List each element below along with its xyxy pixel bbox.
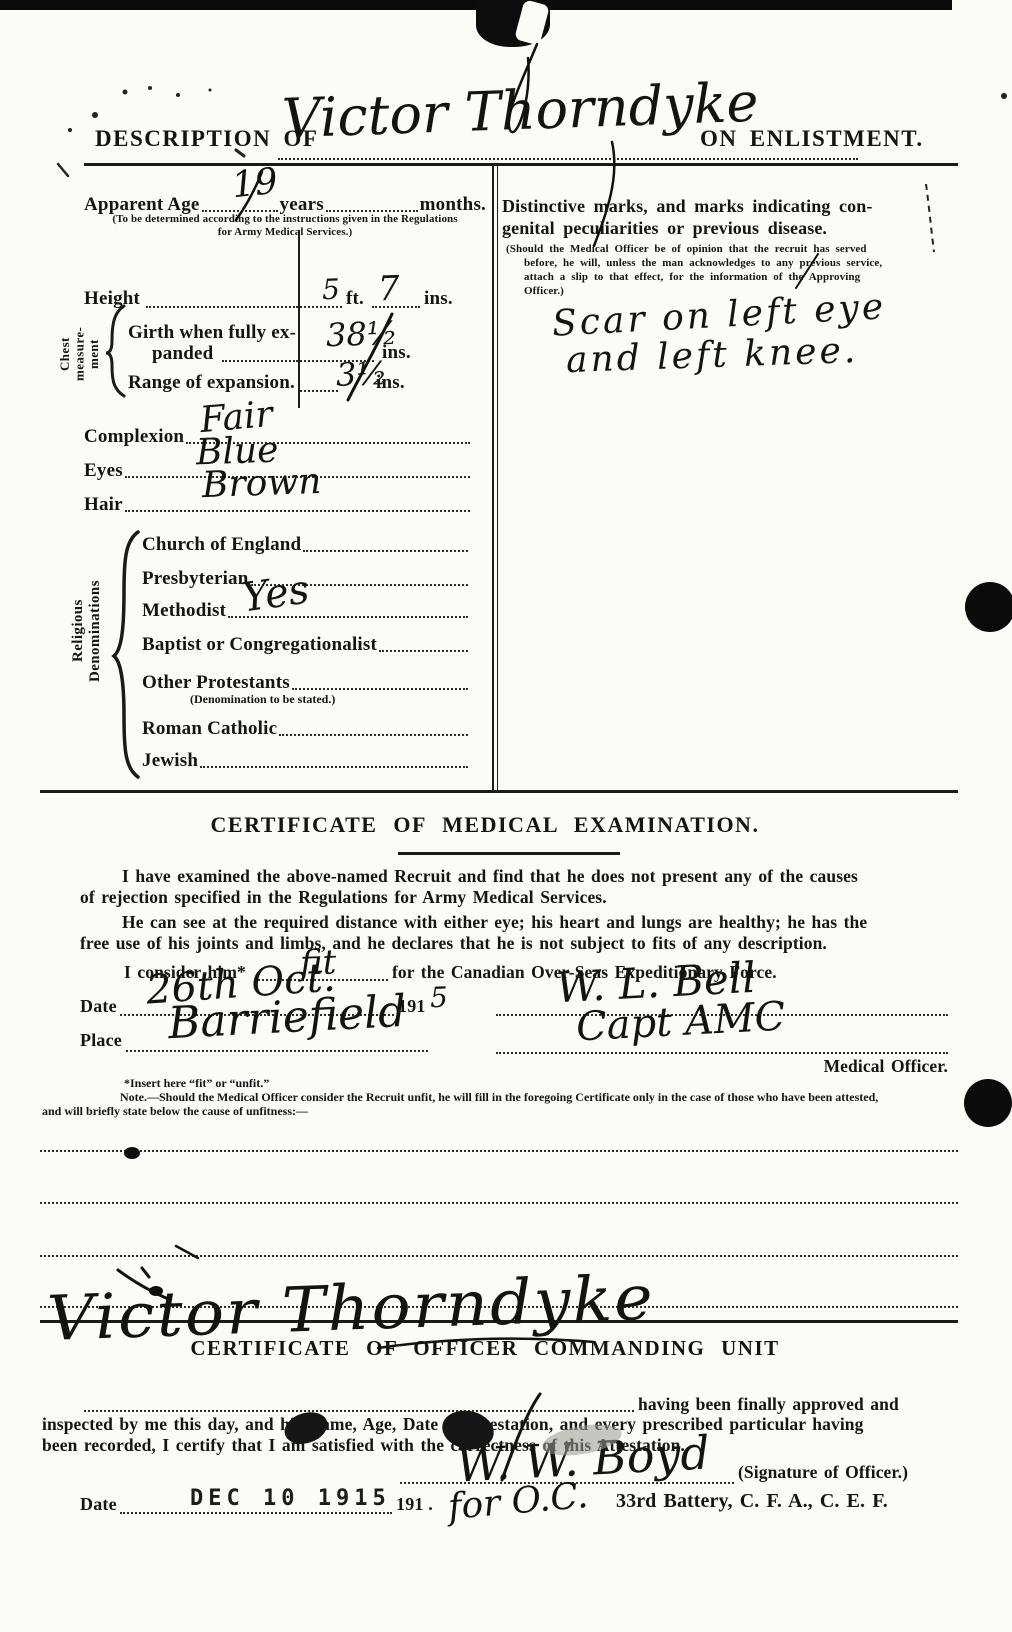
hair-label: Hair bbox=[84, 494, 123, 516]
marks-note-line4: Officer.) bbox=[524, 285, 564, 297]
chest-side-line1: Chest bbox=[57, 337, 72, 371]
height-in-value: 7 bbox=[377, 272, 400, 307]
other-protestants-note: (Denomination to be stated.) bbox=[190, 692, 335, 707]
leader-dots bbox=[120, 1512, 392, 1514]
medical-place-label: Place bbox=[80, 1030, 122, 1051]
commanding-para-line1: having been finally approved and bbox=[638, 1394, 899, 1415]
commanding-year-printed: 191 . bbox=[396, 1494, 433, 1515]
leader-dots bbox=[84, 1410, 634, 1412]
ins-label: ins. bbox=[424, 288, 453, 310]
distinctive-marks-heading-line1: Distinctive marks, and marks indicating … bbox=[502, 196, 872, 217]
religion-side-line2: Denominations bbox=[87, 580, 103, 682]
ft-label: ft. bbox=[346, 288, 364, 310]
commanding-date-label: Date bbox=[80, 1494, 117, 1515]
chest-side-label: Chest measure- ment bbox=[58, 308, 102, 400]
religion-row-jewish: Jewish bbox=[142, 750, 470, 772]
religion-label: Church of England bbox=[142, 534, 301, 556]
girth-label-line1: Girth when fully ex- bbox=[128, 322, 296, 344]
complexion-label: Complexion bbox=[84, 426, 184, 448]
column-divider bbox=[492, 166, 494, 790]
religion-row-other-protestants: Other Protestants bbox=[142, 672, 470, 694]
range-ins-label: ins. bbox=[376, 372, 405, 394]
blank-line-3 bbox=[40, 1255, 958, 1257]
for-oc-handwritten: for O.C. bbox=[447, 1478, 590, 1526]
leader-dots bbox=[303, 549, 468, 552]
religion-side-label: Religious Denominations bbox=[70, 556, 104, 706]
medical-date-label: Date bbox=[80, 996, 117, 1017]
leader-dots bbox=[300, 390, 338, 392]
religion-row-roman-catholic: Roman Catholic bbox=[142, 718, 470, 740]
apparent-age-note-line2: for Army Medical Services.) bbox=[84, 226, 486, 238]
religion-label: Roman Catholic bbox=[142, 718, 277, 740]
leader-dots bbox=[202, 209, 278, 212]
recruit-name-handwritten-title: Victor Thorndyke bbox=[281, 76, 759, 147]
blank-line-2 bbox=[40, 1202, 958, 1204]
fit-footnote: *Insert here “fit” or “unfit.” bbox=[124, 1076, 269, 1091]
medical-heading-underline bbox=[398, 852, 620, 855]
medical-officer-role: Medical Officer. bbox=[756, 1056, 948, 1077]
religion-label: Methodist bbox=[142, 600, 226, 622]
religion-label: Jewish bbox=[142, 750, 198, 772]
medical-place-value: Barriefield bbox=[167, 990, 407, 1046]
marks-entry-line2: and left knee. bbox=[565, 333, 858, 379]
unit-text: 33rd Battery, C. F. A., C. E. F. bbox=[616, 1490, 888, 1513]
leader-dots bbox=[326, 209, 418, 212]
apparent-age-note-line1: (To be determined according to the instr… bbox=[84, 213, 486, 225]
religion-label: Presbyterian bbox=[142, 568, 249, 590]
leader-dots bbox=[279, 733, 468, 736]
range-label: Range of expansion. bbox=[128, 372, 295, 394]
leader-dots bbox=[292, 687, 468, 690]
rule-under-title bbox=[84, 163, 958, 166]
medical-note-line1: Note.—Should the Medical Officer conside… bbox=[120, 1090, 878, 1105]
date-stamp: DEC 10 1915 bbox=[190, 1486, 391, 1511]
commanding-para-line2: inspected by me this day, and his Name, … bbox=[42, 1414, 863, 1435]
height-ft-value: 5 bbox=[322, 276, 341, 305]
leader-dots bbox=[300, 306, 342, 308]
religion-label: Other Protestants bbox=[142, 672, 290, 694]
values-divider bbox=[298, 230, 300, 408]
title-name-line bbox=[278, 158, 858, 160]
signature-of-officer-label: (Signature of Officer.) bbox=[738, 1462, 908, 1483]
distinctive-marks-heading-line2: genital peculiarities or previous diseas… bbox=[502, 218, 827, 239]
medical-para2-line1: He can see at the required distance with… bbox=[122, 912, 867, 933]
leader-dots bbox=[146, 306, 298, 308]
leader-dots bbox=[125, 509, 470, 512]
leader-dots bbox=[200, 765, 468, 768]
marks-note-line3: attach a slip to that effect, for the in… bbox=[524, 271, 860, 283]
leader-dots bbox=[496, 1052, 948, 1054]
religion-row-baptist: Baptist or Congregationalist bbox=[142, 634, 470, 656]
leader-dots bbox=[126, 1050, 428, 1052]
leader-dots bbox=[222, 360, 298, 362]
marks-note-line1: (Should the Medical Officer be of opinio… bbox=[506, 243, 867, 255]
medical-officer-rank: Capt AMC bbox=[575, 997, 786, 1048]
attestation-form-page: DESCRIPTION OF ON ENLISTMENT. Victor Tho… bbox=[0, 0, 1012, 1632]
methodist-value: Yes bbox=[240, 570, 312, 619]
medical-note-line2: and will briefly state below the cause o… bbox=[42, 1104, 308, 1119]
hair-value: Brown bbox=[201, 464, 322, 504]
apparent-age-value: 19 bbox=[230, 164, 279, 205]
medical-para1-line1: I have examined the above-named Recruit … bbox=[122, 866, 858, 887]
rule-medical-top bbox=[40, 790, 958, 793]
girth-label-line2: panded bbox=[152, 343, 213, 365]
medical-year-digit: 5 bbox=[430, 984, 449, 1013]
religion-side-line1: Religious bbox=[70, 600, 86, 663]
blank-line-1 bbox=[40, 1150, 958, 1152]
medical-heading: CERTIFICATE OF MEDICAL EXAMINATION. bbox=[60, 812, 910, 838]
chest-side-line3: ment bbox=[86, 339, 101, 369]
height-label: Height bbox=[84, 288, 140, 310]
chest-side-line2: measure- bbox=[72, 327, 87, 381]
religion-row-church-of-england: Church of England bbox=[142, 534, 470, 556]
medical-para2-line2: free use of his joints and limbs, and he… bbox=[80, 933, 827, 954]
eyes-label: Eyes bbox=[84, 460, 123, 482]
column-divider-2 bbox=[497, 166, 498, 790]
leader-dots bbox=[379, 649, 468, 652]
religion-label: Baptist or Congregationalist bbox=[142, 634, 377, 656]
marks-note-line2: before, he will, unless the man acknowle… bbox=[524, 257, 882, 269]
medical-para1-line2: of rejection specified in the Regulation… bbox=[80, 887, 607, 908]
